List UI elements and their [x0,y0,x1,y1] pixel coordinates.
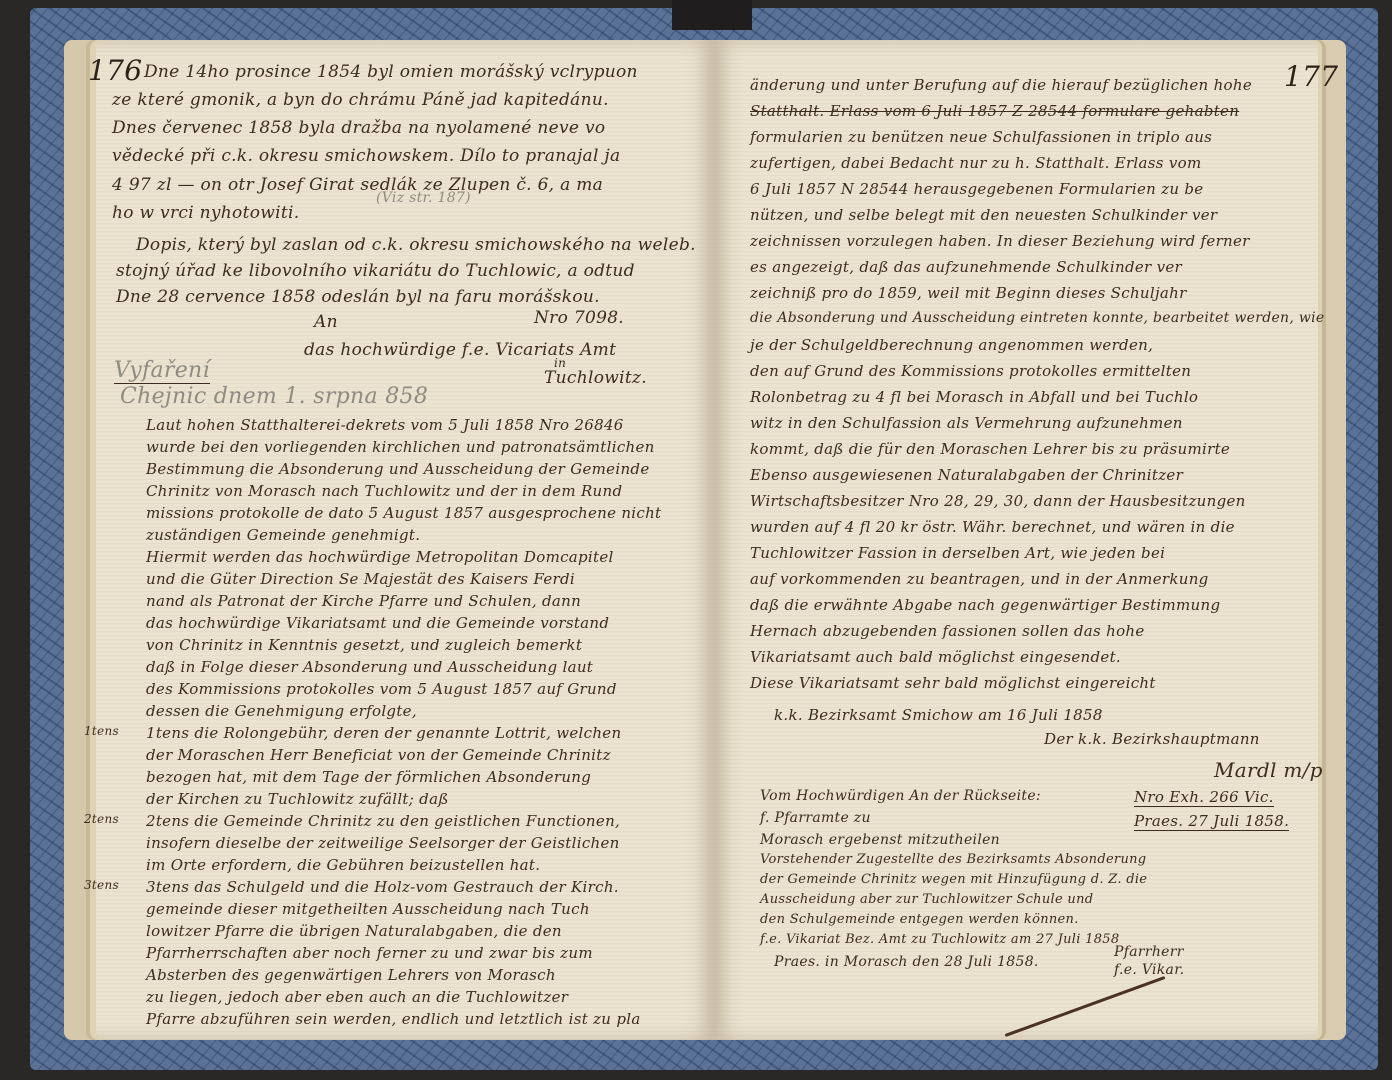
text-line: bezogen hat, mit dem Tage der förmlichen… [146,768,591,786]
text-line: Ebenso ausgewiesenen Naturalabgaben der … [750,466,1183,484]
receipt-line-2: Praes. 27 Juli 1858. [1134,812,1289,831]
text-line: formularien zu benützen neue Schulfassio… [750,128,1212,146]
text-line: und die Güter Direction Se Majestät des … [146,570,575,588]
text-line: der Kirchen zu Tuchlowitz zufällt; daß [146,790,449,808]
book-spine [672,0,752,30]
text-line: nützen, und selbe belegt mit den neueste… [750,206,1217,224]
text-line: witz in den Schulfassion als Vermehrung … [750,414,1183,432]
text-line: ze které gmonik, a byn do chrámu Páně ja… [112,90,609,110]
text-line: die Absonderung und Ausscheidung eintret… [750,310,1325,326]
text-line: missions protokolle de dato 5 August 185… [146,504,661,522]
text-line: zufertigen, dabei Bedacht nur zu h. Stat… [750,154,1201,172]
text-line: Laut hohen Statthalterei-dekrets vom 5 J… [146,416,624,434]
text-line: zu liegen, jedoch aber eben auch an die … [146,988,568,1006]
text-line: 3tens das Schulgeld und die Holz-vom Ges… [146,878,619,896]
text-line: Hernach abzugebenden fassionen sollen da… [750,622,1145,640]
forwarding-line: den Schulgemeinde entgegen werden können… [760,912,1079,927]
text-line: Wirtschaftsbesitzer Nro 28, 29, 30, dann… [750,492,1246,510]
text-line: Vikariatsamt auch bald möglichst eingese… [750,648,1121,666]
forwarding-line: der Gemeinde Chrinitz wegen mit Hinzufüg… [760,872,1147,887]
text-line: 6 Juli 1857 N 28544 herausgegebenen Form… [750,180,1203,198]
text-line: Dnes červenec 1858 byla dražba na nyolam… [112,118,605,138]
text-line: den auf Grund des Kommissions protokolle… [750,362,1191,380]
signature: Mardl m/p [1214,758,1323,782]
margin-note: 1tens [84,724,119,738]
receipt-line-1: Nro Exh. 266 Vic. [1134,788,1274,807]
text-line: kommt, daß die für den Moraschen Lehrer … [750,440,1230,458]
text-line: Hiermit werden das hochwürdige Metropoli… [146,548,614,566]
text-line: Dne 28 cervence 1858 odeslán byl na faru… [116,287,600,307]
text-line: gemeinde dieser mitgetheilten Ausscheidu… [146,900,590,918]
text-line: im Orte erfordern, die Gebühren beizuste… [146,856,540,874]
pencil-annotation: Vyfaření [114,358,210,384]
text-line: das hochwürdige Vikariatsamt und die Gem… [146,614,609,632]
text-line: daß die erwähnte Abgabe nach gegenwärtig… [750,596,1220,614]
text-line: 4 97 zl — on otr Josef Girat sedlák ze Z… [112,175,603,195]
margin-note: 3tens [84,878,119,892]
forwarding-line: Morasch ergebenst mitzutheilen [760,832,1000,848]
text-line: Statthalt. Erlass vom 6 Juli 1857 Z 2854… [750,102,1239,120]
praes-line: Praes. in Morasch den 28 Juli 1858. [774,954,1039,970]
left-page: 176 Dne 14ho prosince 1854 byl omien mor… [64,40,714,1040]
text-line: Pfarre abzuführen sein werden, endlich u… [146,1010,641,1028]
page-number: 177 [1284,60,1338,93]
text-line: Tuchlowitzer Fassion in derselben Art, w… [750,544,1165,562]
forwarding-line: f. Pfarramte zu [760,810,871,826]
text-line: Chrinitz von Morasch nach Tuchlowitz und… [146,482,622,500]
text-line: Nro 7098. [534,308,624,328]
text-line: Dne 14ho prosince 1854 byl omien morášsk… [144,62,638,82]
text-line: zeichnissen vorzulegen haben. In dieser … [750,232,1250,250]
pencil-annotation: Chejnic dnem 1. srpna 858 [120,384,428,409]
forwarding-signature: f.e. Vikar. [1114,962,1184,978]
pencil-annotation: (Viz str. 187) [376,190,471,206]
page-number: 176 [88,54,142,87]
text-line: Bestimmung die Absonderung und Ausscheid… [146,460,650,478]
text-line: 2tens die Gemeinde Chrinitz zu den geist… [146,812,620,830]
text-line: je der Schulgeldberechnung angenommen we… [750,336,1153,354]
text-line: der Moraschen Herr Beneficiat von der Ge… [146,746,611,764]
text-line: zuständigen Gemeinde genehmigt. [146,526,420,544]
right-page: 177 änderung und unter Berufung auf die … [714,40,1346,1040]
text-line: es angezeigt, daß das aufzunehmende Schu… [750,258,1182,276]
text-line: 1tens die Rolongebühr, deren der genannt… [146,724,621,742]
text-line: insofern dieselbe der zeitweilige Seelso… [146,834,620,852]
text-line: Tuchlowitz. [544,368,647,388]
forwarding-signature: Pfarrherr [1114,944,1184,960]
margin-note: 2tens [84,812,119,826]
text-line: Pfarrherrschaften aber noch ferner zu un… [146,944,593,962]
place-date: k.k. Bezirksamt Smichow am 16 Juli 1858 [774,706,1103,724]
text-line: ho w vrci nyhotowiti. [112,203,299,223]
authority: Der k.k. Bezirkshauptmann [1044,730,1260,748]
forwarding-line: f.e. Vikariat Bez. Amt zu Tuchlowitz am … [760,932,1119,947]
text-line: des Kommissions protokolles vom 5 August… [146,680,617,698]
text-line: änderung und unter Berufung auf die hier… [750,76,1252,94]
text-line: An [314,312,338,332]
text-line: daß in Folge dieser Absonderung und Auss… [146,658,593,676]
text-line: stojný úřad ke libovolního vikariátu do … [116,261,635,281]
text-line: wurden auf 4 fl 20 kr östr. Währ. berech… [750,518,1235,536]
text-line: Rolonbetrag zu 4 fl bei Morasch in Abfal… [750,388,1198,406]
text-line: Dopis, který byl zaslan od c.k. okresu s… [136,235,696,255]
forwarding-line: Ausscheidung aber zur Tuchlowitzer Schul… [760,892,1093,907]
forwarding-line: Vorstehender Zugestellte des Bezirksamts… [760,852,1146,867]
text-line: dessen die Genehmigung erfolgte, [146,702,417,720]
text-line: das hochwürdige f.e. Vicariats Amt [304,340,616,360]
text-line: Diese Vikariatsamt sehr bald möglichst e… [750,674,1156,692]
forwarding-line: Vom Hochwürdigen An der Rückseite: [760,788,1041,804]
text-line: von Chrinitz in Kenntnis gesetzt, und zu… [146,636,582,654]
text-line: nand als Patronat der Kirche Pfarre und … [146,592,581,610]
text-line: lowitzer Pfarre die übrigen Naturalabgab… [146,922,562,940]
text-line: wurde bei den vorliegenden kirchlichen u… [146,438,655,456]
text-line: auf vorkommenden zu beantragen, und in d… [750,570,1209,588]
text-line: Absterben des gegenwärtigen Lehrers von … [146,966,556,984]
text-line: zeichniß pro do 1859, weil mit Beginn di… [750,284,1187,302]
text-line: vědecké při c.k. okresu smichowskem. Díl… [112,146,620,166]
